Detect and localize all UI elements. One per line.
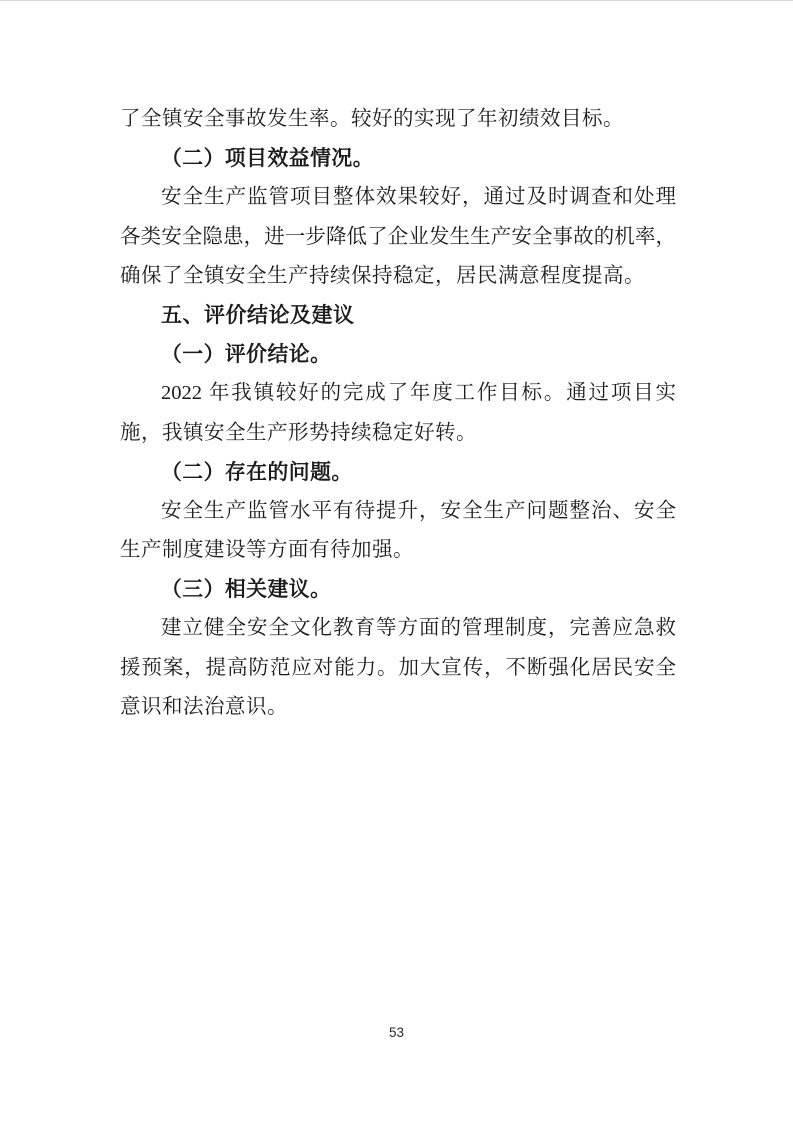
subsection-heading: （二）存在的问题。 — [120, 453, 676, 492]
subsection-heading: （一）评价结论。 — [120, 335, 676, 374]
subsection-heading: （二）项目效益情况。 — [120, 139, 676, 178]
body-line: 施，我镇安全生产形势持续稳定好转。 — [120, 414, 676, 453]
body-line: 意识和法治意识。 — [120, 688, 676, 727]
body-line: 2022 年我镇较好的完成了年度工作目标。通过项目实 — [120, 374, 676, 413]
body-line: 援预案，提高防范应对能力。加大宣传，不断强化居民安全 — [120, 649, 676, 688]
body-line: 了全镇安全事故发生率。较好的实现了年初绩效目标。 — [120, 100, 676, 139]
section-heading: 五、评价结论及建议 — [120, 296, 676, 335]
body-line: 建立健全安全文化教育等方面的管理制度，完善应急救 — [120, 609, 676, 648]
body-line: 生产制度建设等方面有待加强。 — [120, 531, 676, 570]
page-number: 53 — [0, 1025, 793, 1040]
document-body: 了全镇安全事故发生率。较好的实现了年初绩效目标。 （二）项目效益情况。 安全生产… — [120, 100, 676, 727]
subsection-heading: （三）相关建议。 — [120, 570, 676, 609]
document-page: 了全镇安全事故发生率。较好的实现了年初绩效目标。 （二）项目效益情况。 安全生产… — [0, 0, 793, 1122]
body-line: 各类安全隐患，进一步降低了企业发生生产安全事故的机率， — [120, 218, 676, 257]
body-line: 安全生产监管水平有待提升，安全生产问题整治、安全 — [120, 492, 676, 531]
body-line: 安全生产监管项目整体效果较好，通过及时调查和处理 — [120, 178, 676, 217]
body-line: 确保了全镇安全生产持续保持稳定，居民满意程度提高。 — [120, 257, 676, 296]
